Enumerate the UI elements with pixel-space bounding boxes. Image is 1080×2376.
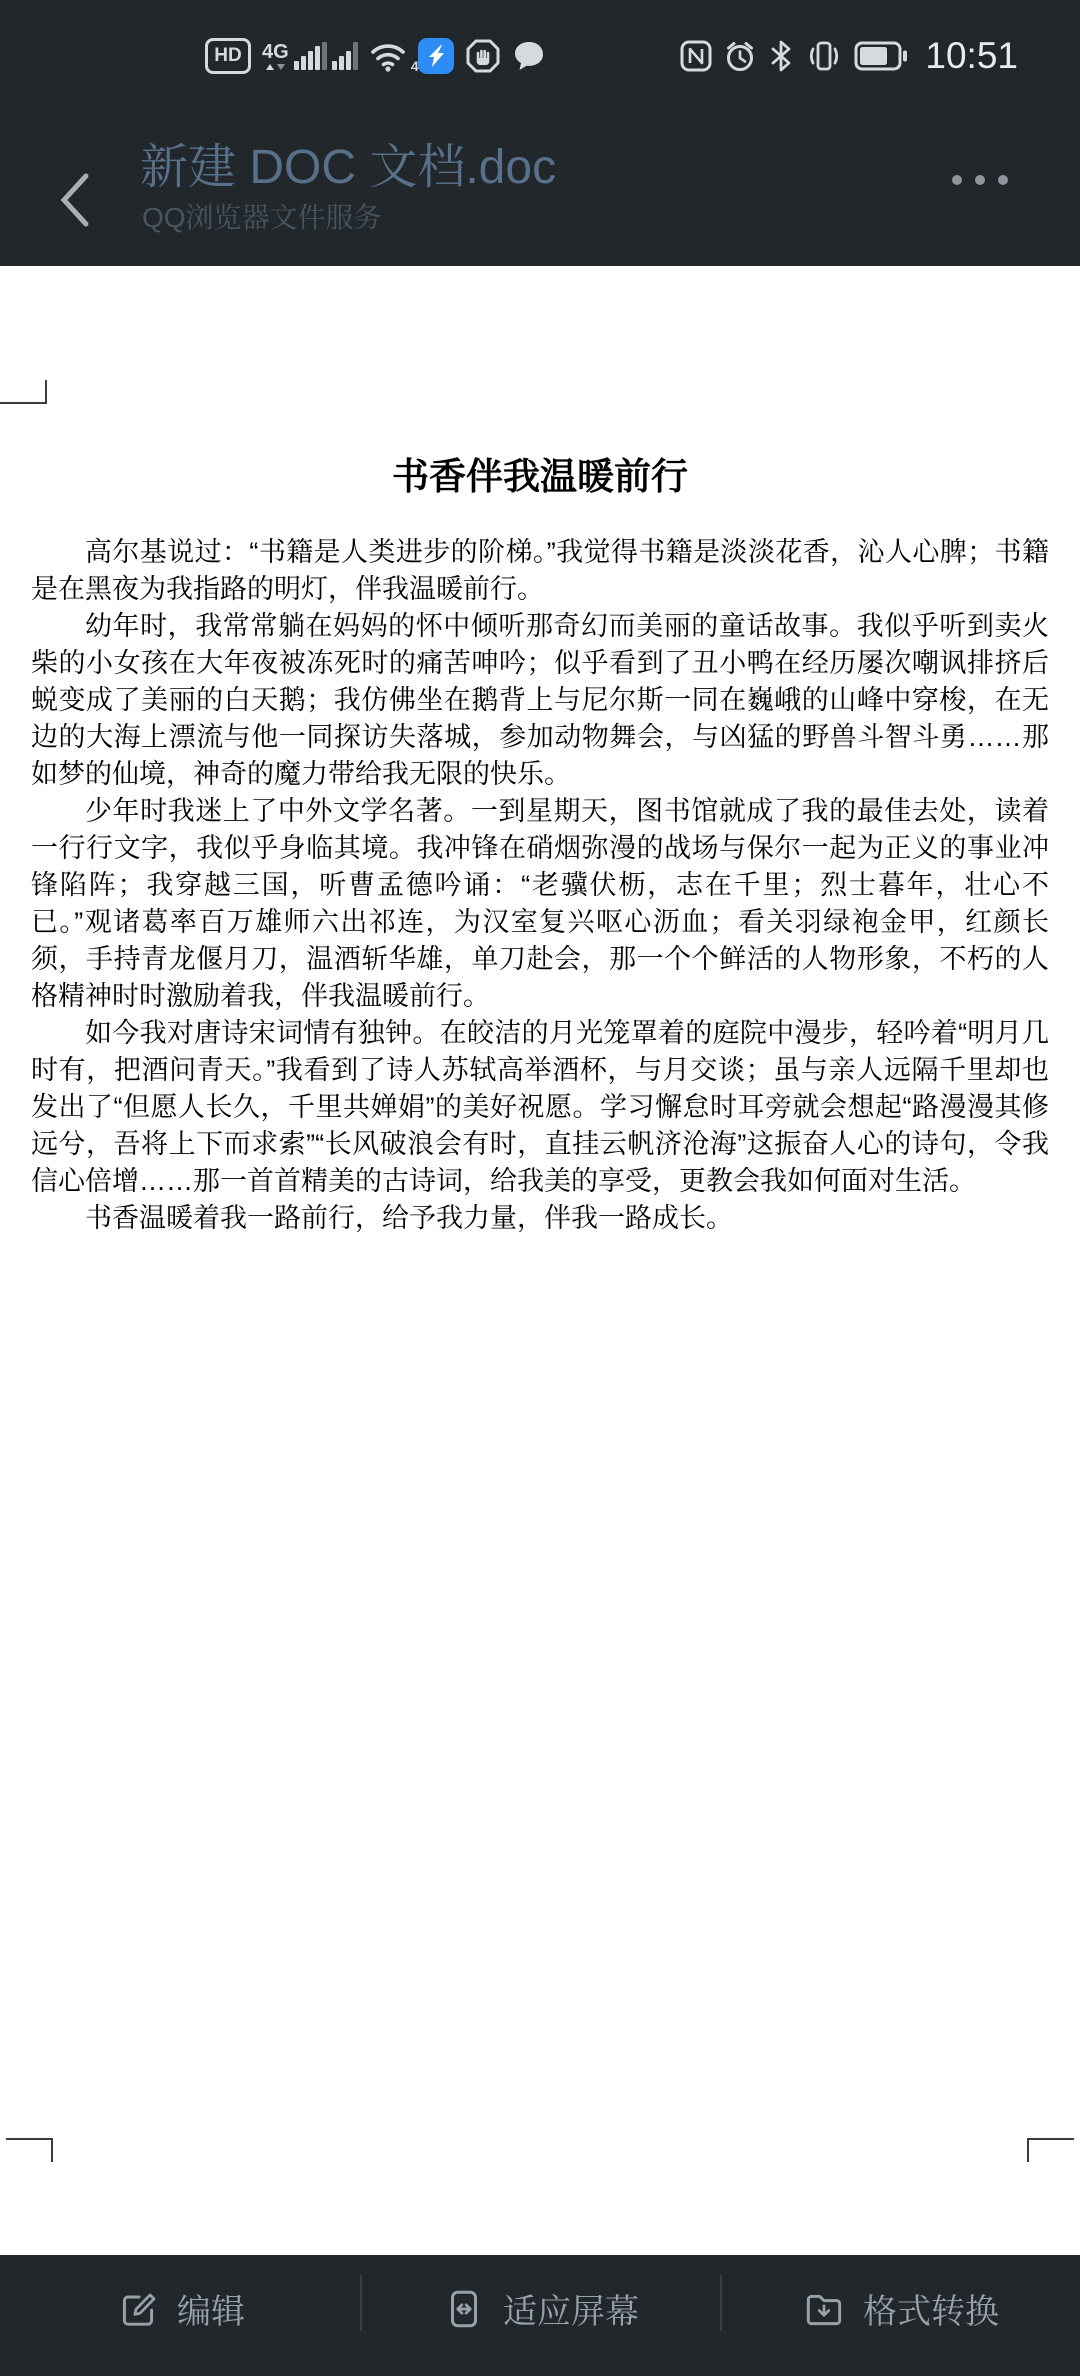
file-service-subtitle: QQ浏览器文件服务: [142, 196, 382, 236]
data-arrows-icon: [266, 64, 285, 70]
more-menu-button[interactable]: [952, 170, 1008, 190]
essay-paragraph: 书香温暖着我一路前行，给予我力量，伴我一路成长。: [31, 1200, 1049, 1237]
status-right-icons: 10:51: [680, 35, 1018, 77]
signal-bars-icon: [294, 42, 327, 70]
status-left-icons: HD 4G: [205, 38, 546, 74]
battery-icon: [854, 41, 908, 71]
alarm-icon: [723, 39, 757, 73]
document-body: 高尔基说过：“书籍是人类进步的阶梯。”我觉得书籍是淡淡花香，沁人心脾；书籍是在黑…: [31, 534, 1049, 1237]
format-convert-button[interactable]: 格式转换: [720, 2255, 1080, 2362]
vibrate-icon: [805, 39, 843, 73]
bluetooth-icon: [768, 39, 794, 73]
essay-paragraph: 高尔基说过：“书籍是人类进步的阶梯。”我觉得书籍是淡淡花香，沁人心脾；书籍是在黑…: [31, 534, 1049, 608]
wifi-icon: 4: [369, 40, 407, 72]
signal-4g-icon: 4G: [262, 42, 358, 70]
sim2-signal-icon: [332, 42, 358, 70]
format-convert-label: 格式转换: [863, 2284, 999, 2333]
hd-badge-icon: HD: [205, 38, 251, 74]
wifi-speed-label: 4: [411, 58, 419, 74]
fit-screen-icon: [441, 2286, 487, 2332]
edit-icon: [115, 2286, 161, 2332]
nfc-icon: [680, 40, 712, 72]
clock-time: 10:51: [925, 35, 1018, 77]
format-convert-icon: [801, 2286, 847, 2332]
edit-label: 编辑: [177, 2284, 245, 2333]
file-title: 新建 DOC 文档.doc: [140, 128, 556, 197]
back-chevron-icon: [55, 171, 93, 229]
edit-button[interactable]: 编辑: [0, 2255, 360, 2362]
bottom-toolbar: 编辑 适应屏幕 格式转换: [0, 2255, 1080, 2376]
more-dots-icon: [952, 175, 962, 185]
essay-paragraph: 幼年时，我常常躺在妈妈的怀中倾听那奇幻而美丽的童话故事。我似乎听到卖火柴的小女孩…: [31, 608, 1049, 793]
palm-block-icon: [465, 38, 501, 74]
page-margin-mark-top-left: [0, 380, 47, 404]
messenger-app-icon: [418, 38, 454, 74]
fit-screen-label: 适应屏幕: [503, 2284, 639, 2333]
status-bar: HD 4G: [0, 24, 1080, 88]
essay-paragraph: 如今我对唐诗宋词情有独钟。在皎洁的月光笼罩着的庭院中漫步，轻吟着“明月几时有，把…: [31, 1015, 1049, 1200]
essay-paragraph: 少年时我迷上了中外文学名著。一到星期天，图书馆就成了我的最佳去处，读着一行行文字…: [31, 793, 1049, 1015]
page-margin-mark-bottom-right: [1027, 2138, 1074, 2162]
essay-title: 书香伴我温暖前行: [0, 446, 1080, 500]
back-button[interactable]: [52, 170, 96, 230]
network-type-label: 4G: [262, 42, 289, 62]
fit-screen-button[interactable]: 适应屏幕: [360, 2255, 720, 2362]
header-bar: 新建 DOC 文档.doc QQ浏览器文件服务: [0, 88, 1080, 266]
phone-screen: HD 4G: [0, 0, 1080, 2376]
document-page[interactable]: 书香伴我温暖前行 高尔基说过：“书籍是人类进步的阶梯。”我觉得书籍是淡淡花香，沁…: [0, 266, 1080, 2255]
page-margin-mark-bottom-left: [6, 2138, 53, 2162]
chat-bubble-icon: [512, 40, 546, 72]
